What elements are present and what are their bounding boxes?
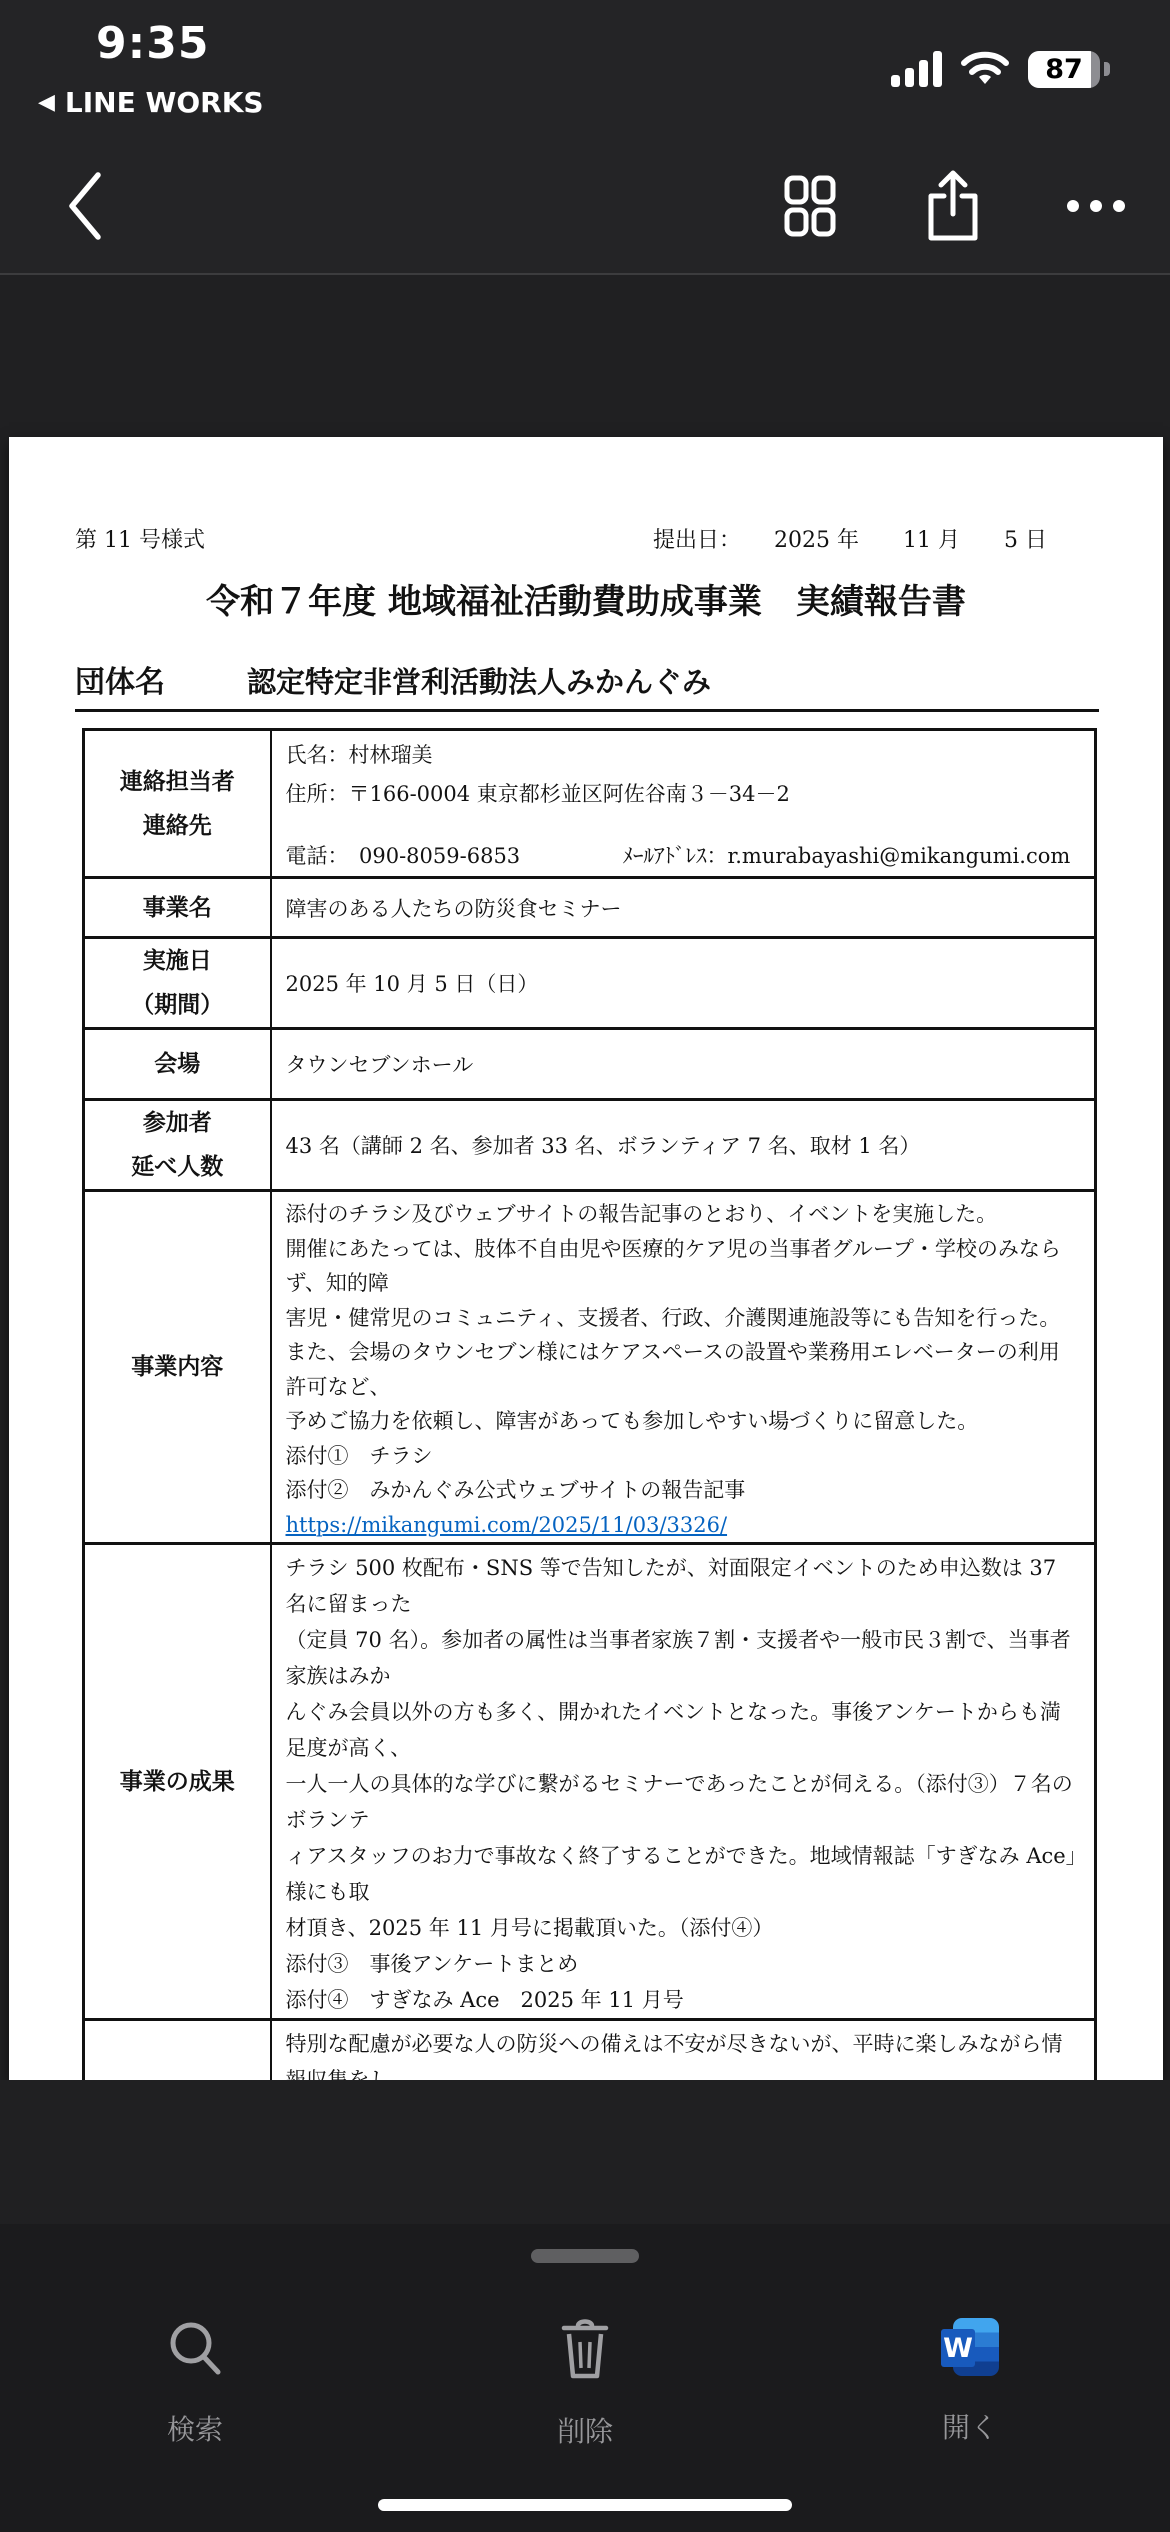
back-button[interactable] <box>40 140 130 271</box>
table-row-project-name: 事業名障害のある人たちの防災食セミナー <box>84 878 1096 938</box>
organization-name: 認定特定非営利活動法人みかんぐみ <box>247 660 711 701</box>
thumbnails-button[interactable] <box>762 140 858 271</box>
search-icon <box>166 2318 224 2378</box>
search-button[interactable]: 検索 <box>110 2318 280 2448</box>
wifi-icon <box>960 50 1010 88</box>
chevron-left-icon <box>64 169 106 243</box>
row-label-participants: 参加者延べ人数 <box>84 1100 271 1191</box>
row-content-participants: 43 名（講師 2 名、参加者 33 名、ボランティア 7 名、取材 1 名） <box>271 1100 1096 1191</box>
bottom-toolbar: 検索 削除 W 開く <box>0 2224 1170 2532</box>
row-content-details: 添付のチラシ及びウェブサイトの報告記事のとおり、イベントを実施した。開催にあたっ… <box>271 1191 1096 1544</box>
battery-nub <box>1104 62 1110 76</box>
battery-icon: 87 <box>1028 51 1100 88</box>
phone-screen: 9:35 ◀ LINE WORKS 87 <box>0 0 1170 2532</box>
content-background <box>0 2080 1170 2224</box>
organization-label: 団体名 <box>75 657 165 701</box>
ellipsis-icon <box>1064 198 1128 214</box>
table-row-results: 事業の成果チラシ 500 枚配布・SNS 等で告知したが、対面限定イベントのため… <box>84 1544 1096 2020</box>
sheet-drag-handle[interactable] <box>531 2249 639 2263</box>
battery-percent: 87 <box>1028 51 1100 88</box>
organization-line: 団体名 認定特定非営利活動法人みかんぐみ <box>75 657 1099 712</box>
report-table: 連絡担当者連絡先氏名：村林瑠美住所：〒166-0004 東京都杉並区阿佐谷南３－… <box>82 728 1097 2317</box>
back-app-label: LINE WORKS <box>65 86 264 119</box>
word-icon: W <box>941 2318 999 2376</box>
share-icon <box>924 168 982 244</box>
delete-button[interactable]: 削除 <box>500 2318 670 2450</box>
row-label-results: 事業の成果 <box>84 1544 271 2020</box>
delete-label: 削除 <box>557 2410 613 2450</box>
trash-icon <box>558 2318 612 2380</box>
open-label: 開く <box>942 2406 998 2446</box>
row-content-contact: 氏名：村林瑠美住所：〒166-0004 東京都杉並区阿佐谷南３－34－2電話： … <box>271 730 1096 878</box>
table-row-details: 事業内容添付のチラシ及びウェブサイトの報告記事のとおり、イベントを実施した。開催… <box>84 1191 1096 1544</box>
back-triangle-icon: ◀ <box>38 90 55 115</box>
status-icons: 87 <box>891 50 1110 88</box>
row-label-contact: 連絡担当者連絡先 <box>84 730 271 878</box>
back-to-app-chip[interactable]: ◀ LINE WORKS <box>38 86 264 119</box>
status-time: 9:35 <box>96 18 209 69</box>
form-header-line: 第 11 号様式 提出日： 2025 年 11 月 5 日 <box>9 437 1163 554</box>
table-row-contact: 連絡担当者連絡先氏名：村林瑠美住所：〒166-0004 東京都杉並区阿佐谷南３－… <box>84 730 1096 878</box>
row-label-date: 実施日（期間） <box>84 938 271 1029</box>
table-row-venue: 会場タウンセブンホール <box>84 1029 1096 1100</box>
open-in-word-button[interactable]: W 開く <box>885 2318 1055 2446</box>
table-row-participants: 参加者延べ人数43 名（講師 2 名、参加者 33 名、ボランティア 7 名、取… <box>84 1100 1096 1191</box>
top-chrome: 9:35 ◀ LINE WORKS 87 <box>0 0 1170 275</box>
grid-icon <box>784 175 836 237</box>
share-button[interactable] <box>905 140 1001 271</box>
row-content-results: チラシ 500 枚配布・SNS 等で告知したが、対面限定イベントのため申込数は … <box>271 1544 1096 2020</box>
nav-bar <box>0 140 1170 271</box>
row-label-project-name: 事業名 <box>84 878 271 938</box>
more-button[interactable] <box>1048 140 1144 271</box>
row-content-date: 2025 年 10 月 5 日（日） <box>271 938 1096 1029</box>
row-content-project-name: 障害のある人たちの防災食セミナー <box>271 878 1096 938</box>
row-label-venue: 会場 <box>84 1029 271 1100</box>
report-article-link[interactable]: https://mikangumi.com/2025/11/03/3326/ <box>286 1513 728 1537</box>
submission-date: 提出日： 2025 年 11 月 5 日 <box>653 523 1047 554</box>
row-content-venue: タウンセブンホール <box>271 1029 1096 1100</box>
table-row-date: 実施日（期間）2025 年 10 月 5 日（日） <box>84 938 1096 1029</box>
document-title: 令和７年度 地域福祉活動費助成事業 実績報告書 <box>9 574 1163 623</box>
word-letter: W <box>941 2329 975 2367</box>
document-page: 第 11 号様式 提出日： 2025 年 11 月 5 日 令和７年度 地域福祉… <box>9 437 1163 2080</box>
search-label: 検索 <box>167 2408 223 2448</box>
home-indicator[interactable] <box>378 2499 792 2511</box>
row-label-details: 事業内容 <box>84 1191 271 1544</box>
form-number: 第 11 号様式 <box>75 523 205 554</box>
cellular-signal-icon <box>891 51 942 87</box>
